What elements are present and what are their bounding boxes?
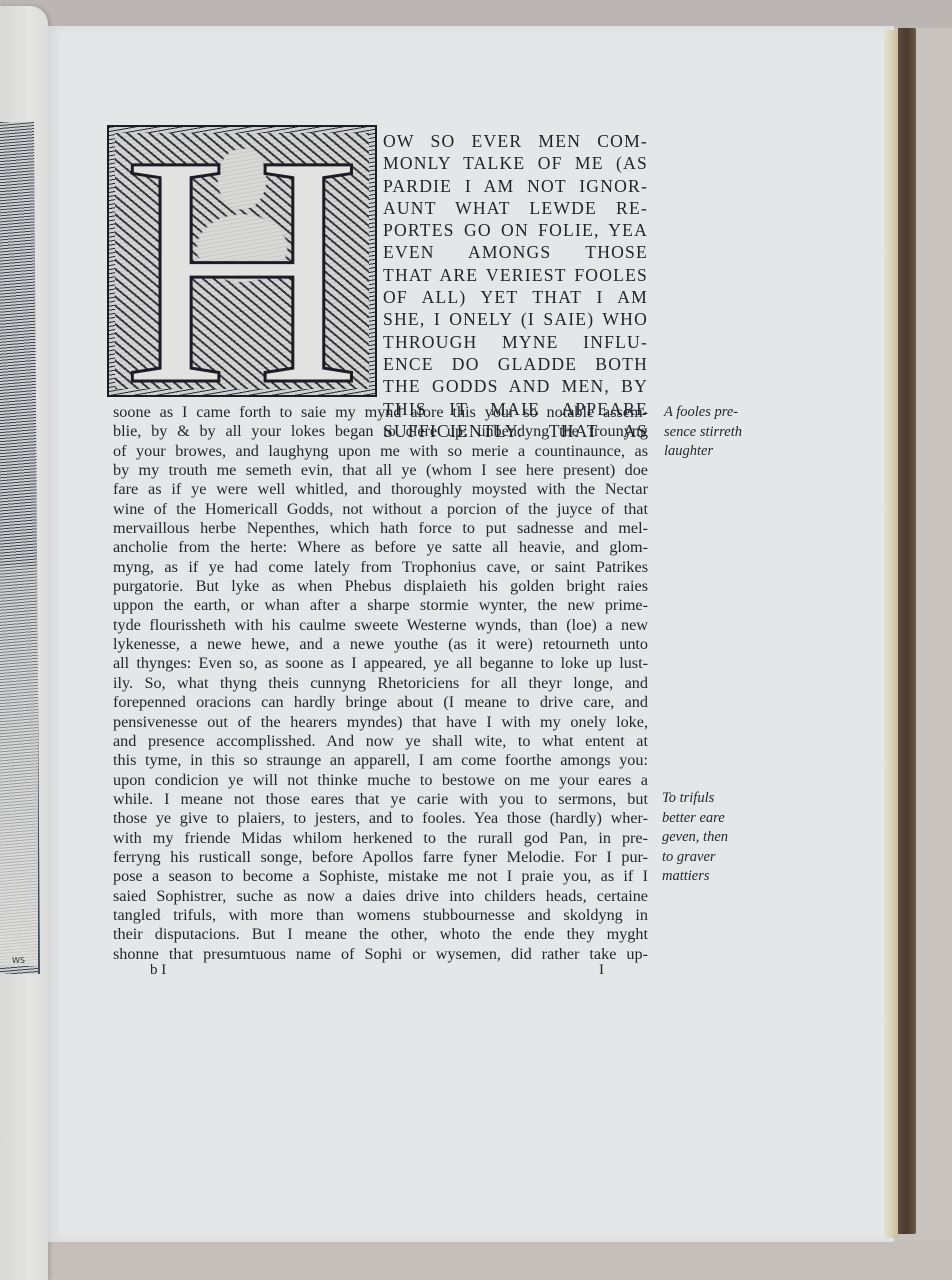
body-line: pose a season to become a Sophiste, mist… [113,867,648,886]
background-top [0,0,952,28]
opening-caps-text: OW SO EVER MEN COM- MONLY TALKE OF ME (A… [383,130,648,442]
body-line: of your browes, and laughyng upon me wit… [113,442,648,461]
caps-line: THROUGH MYNE INFLU- [383,331,648,353]
caps-line: ENCE DO GLADDE BOTH [383,353,648,375]
caps-line: SHE, I ONELY (I SAIE) WHO [383,308,648,330]
body-line: forepenned oracions can hardly bringe ab… [113,693,648,712]
note-line: laughter [664,442,742,462]
body-line: ily. So, what thyng theis cunnyng Rhetor… [113,674,648,693]
note-line: geven, then [662,828,728,848]
body-line: tyde flourissheth with his caulme sweete… [113,616,648,635]
body-line: purgatorie. But lyke as when Phebus disp… [113,577,648,596]
drop-cap-woodcut: H [107,125,377,397]
note-line: A fooles pre- [664,403,742,423]
body-line: all thynges: Even so, as soone as I appe… [113,654,648,673]
left-illustration-fade [0,566,38,966]
body-line: their disputacions. But I meane the othe… [113,925,648,944]
body-line: saied Sophistrer, suche as now a daies d… [113,887,648,906]
body-line: tangled trifuls, with more than womens s… [113,906,648,925]
left-page-edge: WS [0,6,48,1280]
body-line: upon condicion ye will not thinke muche … [113,771,648,790]
body-line: those ye give to plaiers, to jesters, an… [113,809,648,828]
caps-line: EVEN AMONGS THOSE [383,241,648,263]
marginal-note-fooles: A fooles pre- sence stirreth laughter [664,403,742,462]
caps-line: PARDIE I AM NOT IGNOR- [383,175,648,197]
body-line: ancholie from the herte: Where as before… [113,538,648,557]
caps-line: OF ALL) YET THAT I AM [383,286,648,308]
drop-cap-letter: H [109,137,375,397]
body-line: by my trouth me semeth evin, that all ye… [113,461,648,480]
signature-mark: b I [150,962,166,979]
body-line: myng, as if ye had come lately from Trop… [113,558,648,577]
note-line: sence stirreth [664,423,742,443]
body-line: blie, by & by all your lokes began to cl… [113,422,648,441]
body-line: fare as if ye were well whitled, and tho… [113,480,648,499]
note-line: better eare [662,809,728,829]
body-line: ferryng his rusticall songe, before Apol… [113,848,648,867]
body-line: mervaillous herbe Nepenthes, which hath … [113,519,648,538]
caps-line: PORTES GO ON FOLIE, YEA [383,219,648,241]
body-line: shonne that presumtuous name of Sophi or… [113,945,648,964]
body-line: uppon the earth, or whan after a sharpe … [113,596,648,615]
body-line: wine of the Homericall Godds, not withou… [113,500,648,519]
page-number: I [599,962,604,979]
note-line: to graver [662,848,728,868]
background-bottom [0,1240,952,1280]
caps-line: AUNT WHAT LEWDE RE- [383,197,648,219]
body-text: soone as I came forth to saie my mynd af… [113,403,648,964]
body-line: lykenesse, a newe hewe, and a newe youth… [113,635,648,654]
illustrator-monogram: WS [12,956,25,965]
caps-line: OW SO EVER MEN COM- [383,130,648,152]
book-cover-edge [898,28,916,1234]
body-line: and presence accomplisshed. And now ye s… [113,732,648,751]
marginal-note-trifuls: To trifuls better eare geven, then to gr… [662,789,728,887]
note-line: mattiers [662,867,728,887]
body-line: while. I meane not those eares that ye c… [113,790,648,809]
caps-line: THE GODDS AND MEN, BY [383,375,648,397]
caps-line: MONLY TALKE OF ME (AS [383,152,648,174]
body-line: soone as I came forth to saie my mynd af… [113,403,648,422]
caps-line: THAT ARE VERIEST FOOLES [383,264,648,286]
body-line: pensivenesse out of the hearers myndes) … [113,713,648,732]
note-line: To trifuls [662,789,728,809]
body-line: with my friende Midas whilom herkened to… [113,829,648,848]
page-fore-edge [884,30,898,1238]
body-line: this tyme, in this so straunge an appare… [113,751,648,770]
